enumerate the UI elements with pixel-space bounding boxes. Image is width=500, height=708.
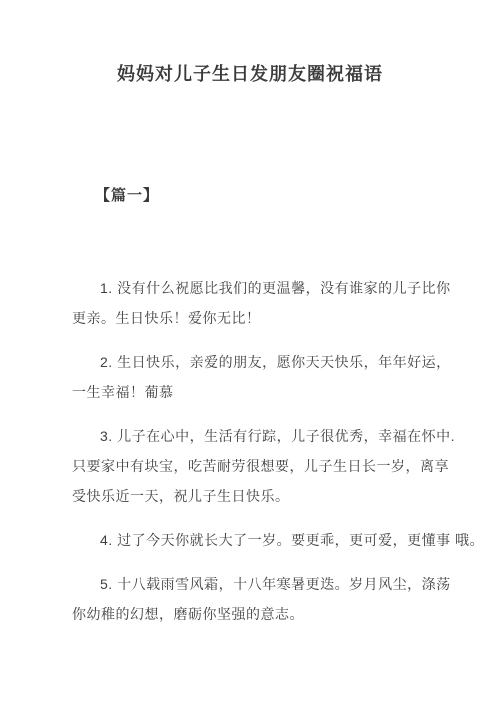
section-heading: 【篇一】: [95, 185, 500, 207]
paragraph-2: 2. 生日快乐，亲爱的朋友，愿你天天快乐，年年好运， 一生幸福！葡慕: [72, 347, 470, 407]
paragraph-1: 1. 没有什么祝愿比我们的更温馨，没有谁家的儿子比你 更亲。生日快乐！爱你无比！: [72, 273, 470, 333]
paragraph-3: 3. 儿子在心中，生活有行踪，儿子很优秀，幸福在怀中. 只要家中有块宝，吃苦耐劳…: [72, 421, 470, 511]
paragraph-5: 5. 十八载雨雪风霜，十八年寒暑更迭。岁月风尘，涤荡 你幼稚的幻想，磨砺你坚强的…: [72, 569, 470, 629]
page-title: 妈妈对儿子生日发朋友圈祝福语: [0, 0, 500, 85]
paragraph-4: 4. 过了今天你就长大了一岁。要更乖，更可爱，更懂事 哦。: [72, 525, 470, 555]
document-page: 妈妈对儿子生日发朋友圈祝福语 【篇一】 1. 没有什么祝愿比我们的更温馨，没有谁…: [0, 0, 500, 708]
document-body: 1. 没有什么祝愿比我们的更温馨，没有谁家的儿子比你 更亲。生日快乐！爱你无比！…: [72, 273, 470, 629]
